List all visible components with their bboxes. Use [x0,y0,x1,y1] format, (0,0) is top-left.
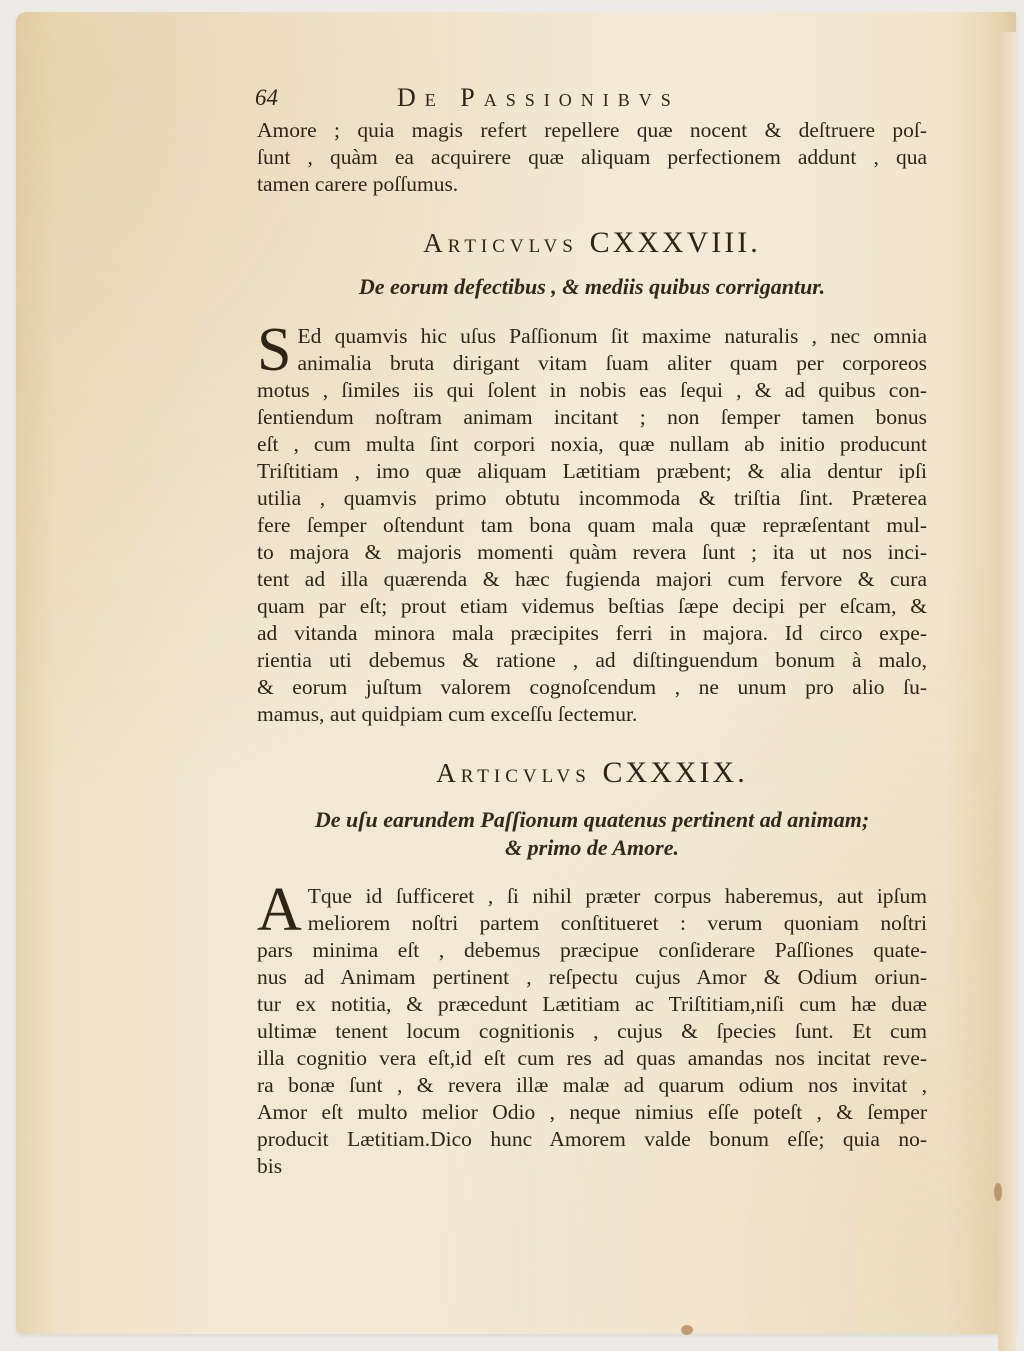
text-line: ultimæ tenent locum cognitionis , cujus … [257,1018,927,1045]
article-label: Articvlvs [436,758,591,788]
article-subtitle-138: De eorum defectibus , & mediis quibus co… [257,273,927,301]
continuation-paragraph: Amore ; quia magis refert repellere quæ … [257,117,927,198]
text-line: Tque id ſufficeret , ſi nihil præter cor… [257,883,927,910]
text-line: quam par eſt; prout etiam videmus beſtia… [257,593,927,620]
text-line: tamen carere poſſumus. [257,171,927,198]
catchword: bis [257,1153,927,1180]
article-number: CXXXVIII. [590,226,761,259]
text-line: nus ad Animam pertinent , reſpectu cujus… [257,964,927,991]
text-line: motus , ſimiles iis qui ſolent in nobis … [257,377,927,404]
running-head: 64 De Passionibvs [255,83,935,115]
article-heading-138: Articvlvs CXXXVIII. [257,226,927,260]
article-number: CXXXIX. [603,756,748,789]
text-line: Ed quamvis hic uſus Paſſionum ſit maxime… [257,323,927,350]
stain-spot [994,1183,1002,1201]
text-line: utilia , quamvis primo obtutu incommoda … [257,485,927,512]
text-line: animalia bruta dirigant vitam ſuam alite… [257,350,927,377]
text-line: to majora & majoris momenti quàm revera … [257,539,927,566]
text-line: eſt , cum multa ſint corpori noxia, quæ … [257,431,927,458]
subtitle-line: & primo de Amore. [257,834,927,862]
stain-spot [681,1325,693,1335]
text-line: mamus, aut quidpiam cum exceſſu ſectemur… [257,701,927,728]
text-line: Triſtitiam , imo quæ aliquam Lætitiam pr… [257,458,927,485]
article-heading-139: Articvlvs CXXXIX. [257,756,927,790]
next-page-edge [998,32,1016,1351]
text-line: tur ex notitia, & præcedunt Lætitiam ac … [257,991,927,1018]
article-138-body: S Ed quamvis hic uſus Paſſionum ſit maxi… [257,323,927,728]
text-line: tent ad illa quærenda & hæc fugienda maj… [257,566,927,593]
article-subtitle-139: De uſu earundem Paſſionum quatenus perti… [257,806,927,862]
text-line: ſunt , quàm ea acquirere quæ aliquam per… [257,144,927,171]
text-line: ſentiendum noſtram animam incitant ; non… [257,404,927,431]
text-line: meliorem noſtri partem conſtitueret : ve… [257,910,927,937]
subtitle-line: De uſu earundem Paſſionum quatenus perti… [257,806,927,834]
text-line: Amore ; quia magis refert repellere quæ … [257,117,927,144]
text-line: producit Lætitiam.Dico hunc Amorem valde… [257,1126,927,1153]
text-line: pars minima eſt , debemus præcipue conſi… [257,937,927,964]
article-139-body: A Tque id ſufficeret , ſi nihil præter c… [257,883,927,1180]
drop-cap: S [257,325,291,375]
text-line: Amor eſt multo melior Odio , neque nimiu… [257,1099,927,1126]
drop-cap: A [257,885,302,935]
text-line: rientia uti debemus & ratione , ad diſti… [257,647,927,674]
text-line: & eorum juſtum valorem cognoſcendum , ne… [257,674,927,701]
page-number: 64 [255,85,278,111]
text-line: fere ſemper oſtendunt tam bona quam mala… [257,512,927,539]
article-label: Articvlvs [423,228,578,258]
text-line: illa cognitio vera eſt,id eſt cum res ad… [257,1045,927,1072]
running-title: De Passionibvs [397,83,680,113]
text-line: ra bonæ ſunt , & revera illæ malæ ad qua… [257,1072,927,1099]
text-line: ad vitanda minora mala præcipites ferri … [257,620,927,647]
